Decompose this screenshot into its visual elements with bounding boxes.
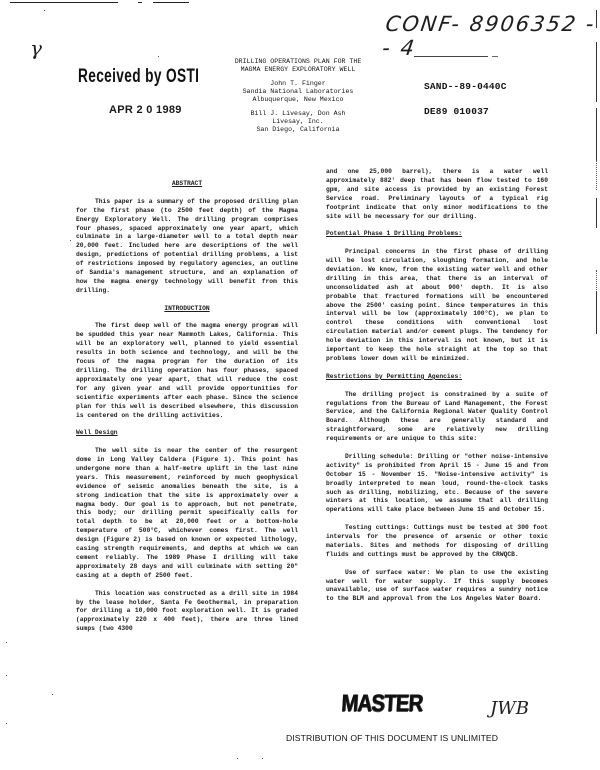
scan-speck xyxy=(44,10,45,11)
well-design-paragraph: The well site is near the center of the … xyxy=(76,447,298,581)
handwritten-mark: γ xyxy=(30,36,42,60)
scan-edge-bar xyxy=(596,198,597,228)
author2-name: Bill J. Livesay, Don Ash xyxy=(218,110,378,118)
handwritten-initials: JWB xyxy=(490,698,529,719)
author2-organization: Livesay, Inc. xyxy=(218,118,378,126)
distribution-statement: DISTRIBUTION OF THIS DOCUMENT IS UNLIMIT… xyxy=(286,733,498,743)
scan-artifact-line xyxy=(138,2,142,3)
introduction-heading: INTRODUCTION xyxy=(76,305,298,314)
continuation-paragraph: and one 25,000 barrel), there is a water… xyxy=(326,168,548,221)
introduction-paragraph: The first deep well of the magma energy … xyxy=(76,322,298,420)
testing-cuttings-paragraph: Testing cuttings: Cuttings must be teste… xyxy=(326,524,548,560)
paper-title-line-2: MAGMA ENERGY EXPLORATORY WELL xyxy=(218,66,378,74)
author2-location: San Diego, California xyxy=(218,126,378,134)
scan-speck xyxy=(237,758,238,759)
well-design-heading: Well Design xyxy=(76,429,298,438)
paper-title-line-1: DRILLING OPERATIONS PLAN FOR THE xyxy=(218,58,378,66)
scan-edge-bar xyxy=(596,292,597,334)
scan-edge-bar xyxy=(596,108,597,160)
scan-speck xyxy=(70,240,71,241)
received-date-stamp: APR 2 0 1989 xyxy=(109,104,182,116)
author1-organization: Sandia National Laboratories xyxy=(218,88,378,96)
document-page: γ CONF- 8906352 -- 4 Received by OSTI AP… xyxy=(0,0,600,770)
scan-speck xyxy=(6,723,7,724)
problems-heading: Potential Phase 1 Drilling Problems: xyxy=(326,230,548,239)
author1-location: Albuquerque, New Mexico xyxy=(218,96,378,104)
scan-speck xyxy=(52,694,53,695)
master-stamp: MASTER xyxy=(340,690,423,718)
restrictions-heading: Restrictions by Permitting Agencies: xyxy=(326,373,548,382)
de-number: DE89 010037 xyxy=(424,106,489,117)
left-column: ABSTRACT This paper is a summary of the … xyxy=(76,180,298,643)
scan-artifact-line xyxy=(10,2,118,3)
received-stamp: Received by OSTI xyxy=(78,66,199,88)
author1-name: John T. Finger xyxy=(218,80,378,88)
restrictions-paragraph: The drilling project is constrained by a… xyxy=(326,391,548,444)
scan-artifact-line xyxy=(153,2,189,3)
scan-speck xyxy=(158,56,159,57)
conf-number-handwritten: CONF- 8906352 -- 4 xyxy=(381,12,600,60)
report-number: SAND--89-0440C xyxy=(424,81,507,92)
scan-speck xyxy=(6,675,7,676)
right-column: and one 25,000 barrel), there is a water… xyxy=(326,168,548,613)
location-paragraph: This location was constructed as a drill… xyxy=(76,590,298,635)
scan-speck xyxy=(262,758,263,759)
surface-water-paragraph: Use of surface water: We plan to use the… xyxy=(326,569,548,605)
abstract-paragraph: This paper is a summary of the proposed … xyxy=(76,198,298,296)
problems-paragraph: Principal concerns in the first phase of… xyxy=(326,248,548,364)
drilling-schedule-paragraph: Drilling schedule: Drilling or "other no… xyxy=(326,453,548,515)
scan-speck xyxy=(6,642,7,643)
scan-edge-dots xyxy=(596,160,597,190)
title-block: DRILLING OPERATIONS PLAN FOR THE MAGMA E… xyxy=(218,58,378,134)
abstract-heading: ABSTRACT xyxy=(76,180,298,189)
